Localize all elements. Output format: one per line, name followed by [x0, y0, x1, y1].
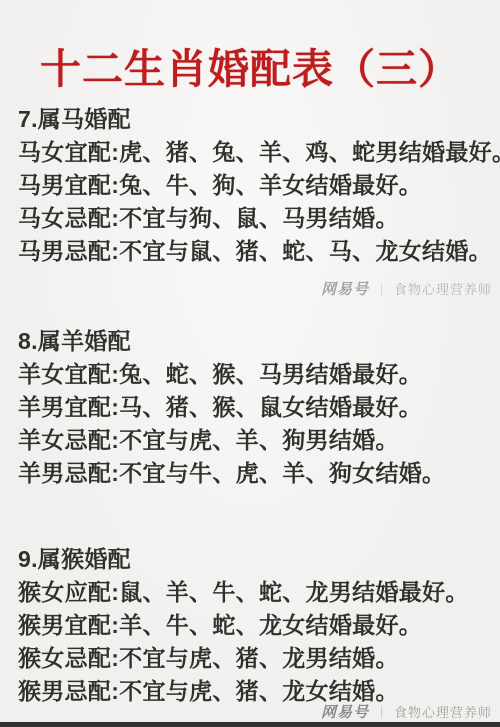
sections: 7.属马婚配马女宜配:虎、猪、兔、羊、鸡、蛇男结婚最好。马男宜配:兔、牛、狗、羊… — [18, 0, 494, 708]
compatibility-line: 羊女宜配:兔、蛇、猴、马男结婚最好。 — [18, 358, 494, 391]
netease-logo: 网易号 — [321, 701, 369, 722]
compatibility-line: 猴女忌配:不宜与虎、猪、龙男结婚。 — [18, 642, 494, 675]
zodiac-section: 8.属羊婚配羊女宜配:兔、蛇、猴、马男结婚最好。羊男宜配:马、猪、猴、鼠女结婚最… — [18, 325, 494, 490]
compatibility-line: 羊男忌配:不宜与牛、虎、羊、狗女结婚。 — [18, 457, 494, 490]
compatibility-line: 马男忌配:不宜与鼠、猪、蛇、马、龙女结婚。 — [18, 235, 494, 268]
compatibility-line: 猴女应配:鼠、羊、牛、蛇、龙男结婚最好。 — [18, 576, 494, 609]
section-heading: 8.属羊婚配 — [18, 325, 494, 358]
watermark-divider-icon: ｜ — [375, 279, 388, 298]
zodiac-marriage-chart-page: 十二生肖婚配表（三） 7.属马婚配马女宜配:虎、猪、兔、羊、鸡、蛇男结婚最好。马… — [0, 0, 500, 727]
compatibility-line: 羊男宜配:马、猪、猴、鼠女结婚最好。 — [18, 391, 494, 424]
zodiac-section: 7.属马婚配马女宜配:虎、猪、兔、羊、鸡、蛇男结婚最好。马男宜配:兔、牛、狗、羊… — [18, 103, 494, 268]
watermark-account-name: 食物心理营养师 — [394, 279, 492, 298]
compatibility-line: 马女忌配:不宜与狗、鼠、马男结婚。 — [18, 202, 494, 235]
watermark-bottom: 网易号 ｜ 食物心理营养师 — [321, 701, 492, 722]
netease-logo: 网易号 — [321, 278, 369, 299]
section-heading: 7.属马婚配 — [18, 103, 494, 136]
section-heading: 9.属猴婚配 — [18, 543, 494, 576]
compatibility-line: 马男宜配:兔、牛、狗、羊女结婚最好。 — [18, 169, 494, 202]
compatibility-line: 羊女忌配:不宜与虎、羊、狗男结婚。 — [18, 424, 494, 457]
compatibility-line: 猴男宜配:羊、牛、蛇、龙女结婚最好。 — [18, 609, 494, 642]
compatibility-line: 马女宜配:虎、猪、兔、羊、鸡、蛇男结婚最好。 — [18, 136, 494, 169]
bottom-edge-bar — [0, 722, 500, 727]
watermark-account-name: 食物心理营养师 — [394, 702, 492, 721]
watermark-mid: 网易号 ｜ 食物心理营养师 — [321, 278, 492, 299]
zodiac-section: 9.属猴婚配猴女应配:鼠、羊、牛、蛇、龙男结婚最好。猴男宜配:羊、牛、蛇、龙女结… — [18, 543, 494, 708]
watermark-divider-icon: ｜ — [375, 702, 388, 721]
